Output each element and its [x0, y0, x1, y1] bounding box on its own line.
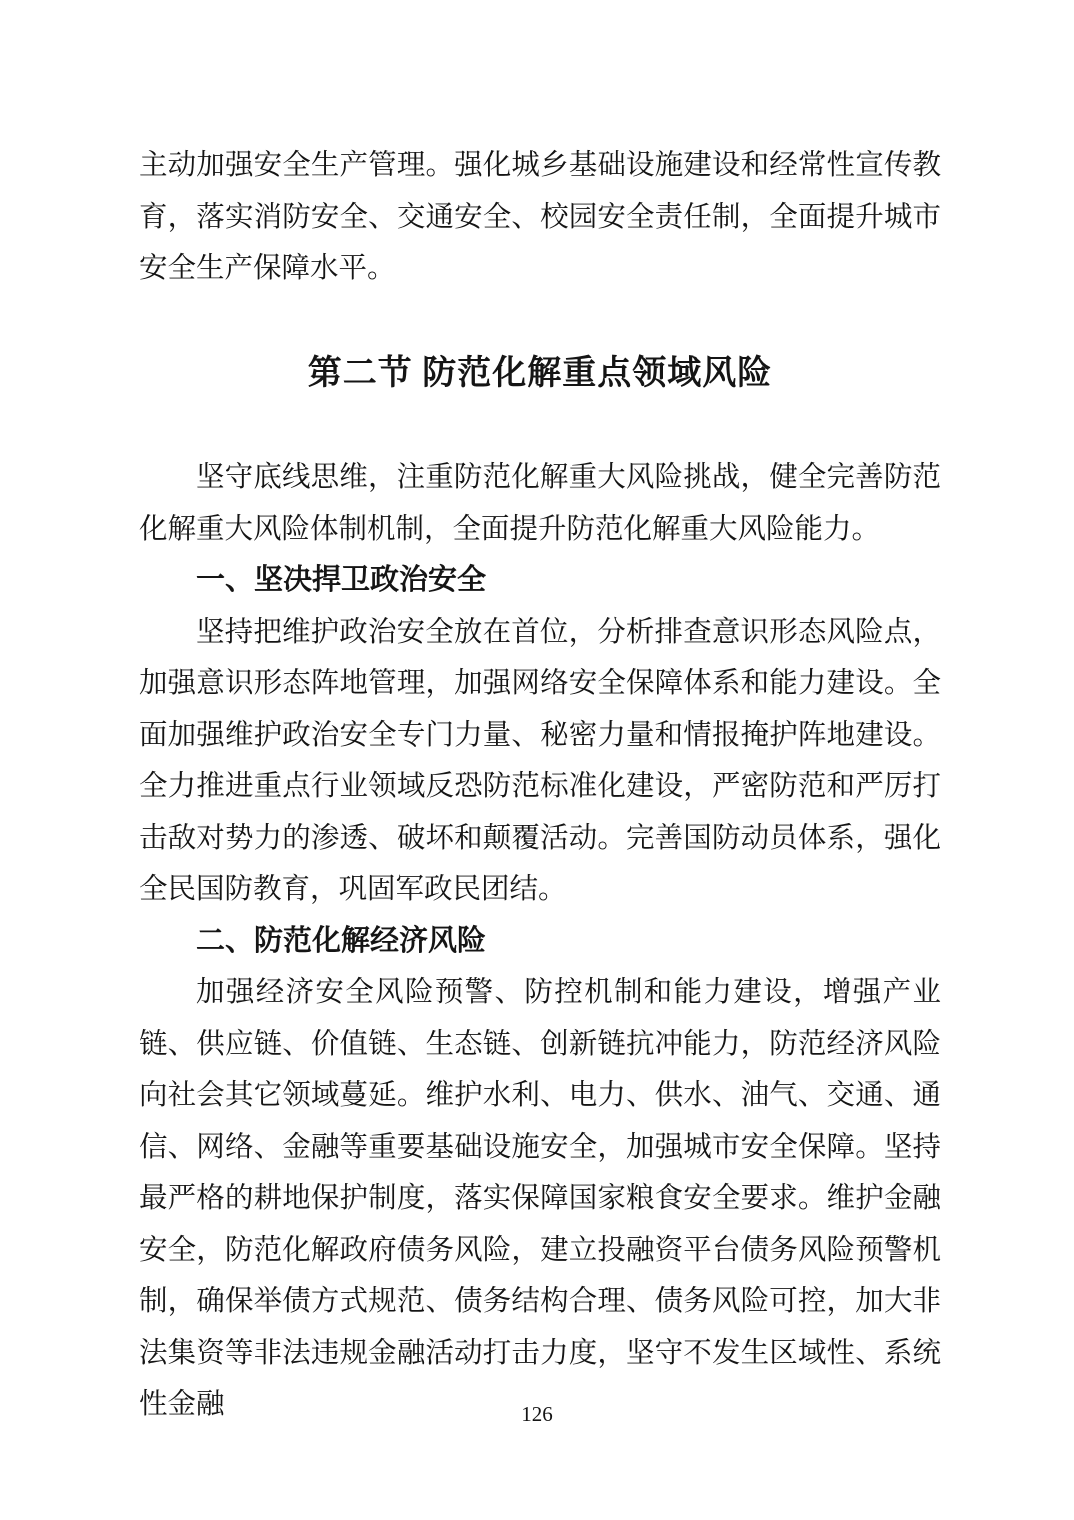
- document-page: 主动加强安全生产管理。强化城乡基础设施建设和经常性宣传教育，落实消防安全、交通安…: [0, 0, 1074, 1520]
- text-block: 主动加强安全生产管理。强化城乡基础设施建设和经常性宣传教育，落实消防安全、交通安…: [139, 140, 941, 1431]
- paragraph-continuation: 主动加强安全生产管理。强化城乡基础设施建设和经常性宣传教育，落实消防安全、交通安…: [139, 140, 941, 295]
- subsection-body-political-security: 坚持把维护政治安全放在首位，分析排查意识形态风险点，加强意识形态阵地管理，加强网…: [139, 607, 941, 916]
- subsection-heading-political-security: 一、坚决捍卫政治安全: [139, 555, 941, 607]
- section-intro-paragraph: 坚守底线思维，注重防范化解重大风险挑战，健全完善防范化解重大风险体制机制，全面提…: [139, 452, 941, 555]
- section-title: 第二节 防范化解重点领域风险: [139, 348, 941, 400]
- subsection-body-economic-risk: 加强经济安全风险预警、防控机制和能力建设，增强产业链、供应链、价值链、生态链、创…: [139, 967, 941, 1431]
- page-number: 126: [0, 1399, 1074, 1429]
- subsection-heading-economic-risk: 二、防范化解经济风险: [139, 916, 941, 968]
